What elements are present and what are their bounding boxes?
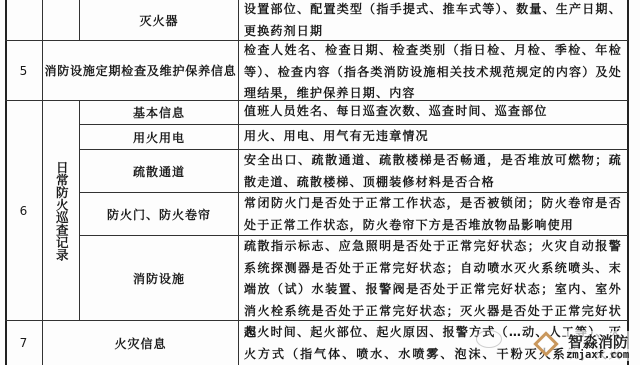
subcategory-fire-door-shutter: 防火门、防火卷帘 — [80, 193, 238, 235]
row-number-6: 6 — [6, 101, 42, 320]
watermark-chat-bubble-icon — [476, 330, 502, 348]
content-facility-inspection: 检查人姓名、检查日期、检查类别（指日检、月检、季检、年检等）、检查内容（指各类消… — [244, 40, 622, 105]
subcategory-basic-info: 基本信息 — [80, 101, 238, 124]
subcategory-fire-extinguisher: 灭火器 — [80, 0, 238, 40]
content-fire-door-shutter: 常闭防火门是否处于正常工作状态，是否被锁闭；防火卷帘是否处于正常工作状态，防火卷… — [244, 193, 622, 236]
subcategory-fire-facilities: 消防设施 — [80, 236, 238, 320]
category-facility-inspection: 消防设施定期检查及维护保养信息 — [43, 41, 238, 100]
table-border-right — [627, 0, 629, 365]
content-fire-electricity-use: 用火、用电、用气有无违章情况 — [244, 126, 622, 148]
content-fire-extinguisher: 设置部位、配置类型（指手提式、推车式等）、数量、生产日期、更换药剂日期 — [244, 0, 622, 42]
document-page: 灭火器 设置部位、配置类型（指手提式、推车式等）、数量、生产日期、更换药剂日期 … — [0, 0, 640, 365]
watermark-url: zmjaxf.com — [566, 349, 629, 361]
category-daily-patrol: 日常防火巡查记录 — [43, 101, 79, 320]
col-divider-3 — [238, 0, 239, 365]
category-fire-info: 火灾信息 — [43, 321, 238, 365]
content-evacuation-route: 安全出口、疏散通道、疏散楼梯是否畅通，是否堆放可燃物；疏散走道、疏散楼梯、顶棚装… — [244, 150, 622, 193]
row-number-5: 5 — [6, 41, 42, 100]
content-basic-info: 值班人员姓名、每日巡查次数、巡查时间、巡查部位 — [244, 101, 622, 123]
subcategory-evacuation-route: 疏散通道 — [80, 150, 238, 192]
category-daily-patrol-label: 日常防火巡查记录 — [55, 161, 68, 261]
row-number-7: 7 — [6, 321, 42, 365]
subcategory-fire-electricity-use: 用火用电 — [80, 125, 238, 149]
